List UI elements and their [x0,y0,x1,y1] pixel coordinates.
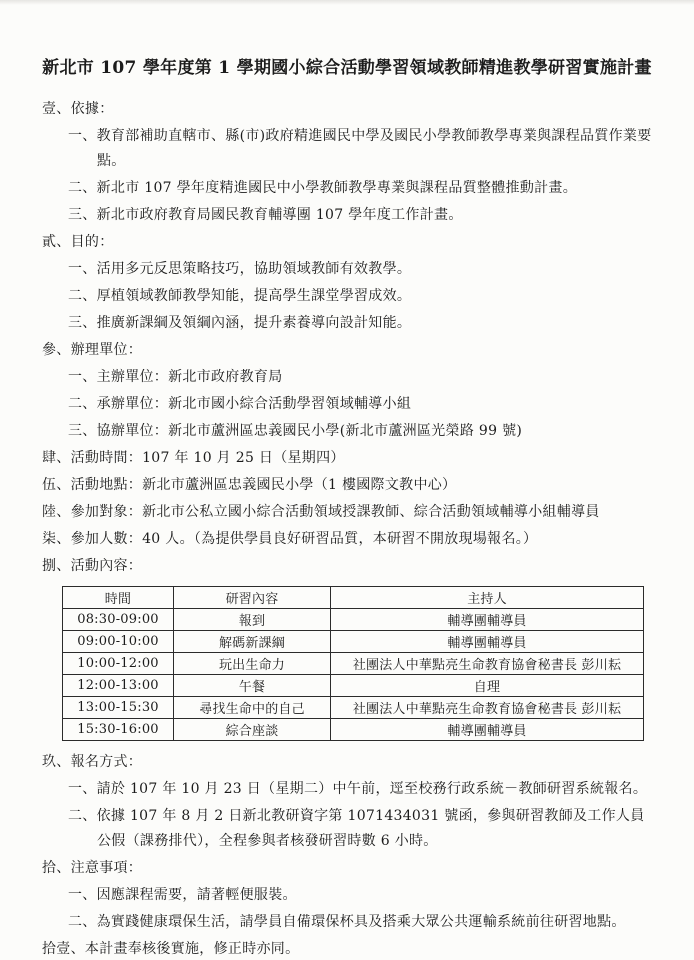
cell-host: 自理 [331,674,644,696]
scanned-document-page: 新北市 107 學年度第 1 學期國小綜合活動學習領域教師精進教學研習實施計畫 … [0,0,694,960]
table-row: 13:00-15:30 尋找生命中的自己 社團法人中華點亮生命教育協會秘書長 彭… [63,696,644,718]
cell-time: 12:00-13:00 [63,674,174,696]
list-item: 三、新北市政府教育局國民教育輔導團 107 學年度工作計畫。 [68,203,652,228]
list-item: 一、教育部補助直轄市、縣(市)政府精進國民中學及國民小學教師教學專業與課程品質作… [68,124,652,174]
section-heading-purpose: 貳、目的： [42,230,652,255]
list-item: 三、協辦單位：新北市蘆洲區忠義國民小學(新北市蘆洲區光榮路 99 號) [68,419,652,444]
column-header-host: 主持人 [331,586,644,608]
list-item: 二、新北市 107 學年度精進國民中小學教師教學專業與課程品質整體推動計畫。 [68,176,652,201]
section-heading-registration: 玖、報名方式： [42,750,652,775]
cell-host: 輔導團輔導員 [331,608,644,630]
table-row: 08:30-09:00 報到 輔導團輔導員 [63,608,644,630]
list-item: 一、主辦單位：新北市政府教育局 [68,365,652,390]
list-item: 三、推廣新課綱及領綱內涵，提升素養導向設計知能。 [68,311,652,336]
cell-host: 社團法人中華點亮生命教育協會秘書長 彭川耘 [331,696,644,718]
cell-host: 輔導團輔導員 [331,630,644,652]
table-row: 15:30-16:00 綜合座談 輔導團輔導員 [63,718,644,740]
cell-topic: 綜合座談 [174,718,331,740]
page-title: 新北市 107 學年度第 1 學期國小綜合活動學習領域教師精進教學研習實施計畫 [42,56,652,81]
table-row: 10:00-12:00 玩出生命力 社團法人中華點亮生命教育協會秘書長 彭川耘 [63,652,644,674]
section-heading-organizers: 參、辦理單位： [42,338,652,363]
cell-time: 15:30-16:00 [63,718,174,740]
list-item: 二、為實踐健康環保生活，請學員自備環保杯具及搭乘大眾公共運輸系統前往研習地點。 [68,910,652,935]
list-item: 一、活用多元反思策略技巧，協助領域教師有效教學。 [68,257,652,282]
section-heading-agenda: 捌、活動內容： [42,554,652,579]
list-item: 二、承辦單位：新北市國小綜合活動學習領域輔導小組 [68,392,652,417]
table-row: 09:00-10:00 解碼新課綱 輔導團輔導員 [63,630,644,652]
section-closing-statement: 拾壹、本計畫奉核後實施，修正時亦同。 [42,937,652,960]
column-header-topic: 研習內容 [174,586,331,608]
cell-time: 08:30-09:00 [63,608,174,630]
table-header-row: 時間 研習內容 主持人 [63,586,644,608]
cell-time: 13:00-15:30 [63,696,174,718]
column-header-time: 時間 [63,586,174,608]
cell-topic: 尋找生命中的自己 [174,696,331,718]
cell-host: 社團法人中華點亮生命教育協會秘書長 彭川耘 [331,652,644,674]
schedule-table: 時間 研習內容 主持人 08:30-09:00 報到 輔導團輔導員 09:00-… [62,586,644,741]
cell-topic: 報到 [174,608,331,630]
cell-time: 09:00-10:00 [63,630,174,652]
list-item: 一、請於 107 年 10 月 23 日（星期二）中午前，逕至校務行政系統－教師… [68,777,652,802]
document-content: 新北市 107 學年度第 1 學期國小綜合活動學習領域教師精進教學研習實施計畫 … [0,0,694,960]
section-event-time: 肆、活動時間：107 年 10 月 25 日（星期四） [42,446,652,471]
scan-edge-artifact [0,0,694,5]
section-heading-notes: 拾、注意事項： [42,856,652,881]
cell-topic: 玩出生命力 [174,652,331,674]
list-item: 二、厚植領域教師教學知能，提高學生課堂學習成效。 [68,284,652,309]
cell-topic: 午餐 [174,674,331,696]
cell-topic: 解碼新課綱 [174,630,331,652]
table-row: 12:00-13:00 午餐 自理 [63,674,644,696]
cell-host: 輔導團輔導員 [331,718,644,740]
section-headcount: 柒、參加人數：40 人。（為提供學員良好研習品質，本研習不開放現場報名。） [42,527,652,552]
section-participants: 陸、參加對象：新北市公私立國小綜合活動領域授課教師、綜合活動領域輔導小組輔導員 [42,500,652,525]
section-heading-basis: 壹、依據： [42,97,652,122]
list-item: 一、因應課程需要，請著輕便服裝。 [68,883,652,908]
list-item: 二、依據 107 年 8 月 2 日新北教研資字第 1071434031 號函，… [68,804,652,854]
cell-time: 10:00-12:00 [63,652,174,674]
section-event-location: 伍、活動地點：新北市蘆洲區忠義國民小學（1 樓國際文教中心） [42,473,652,498]
